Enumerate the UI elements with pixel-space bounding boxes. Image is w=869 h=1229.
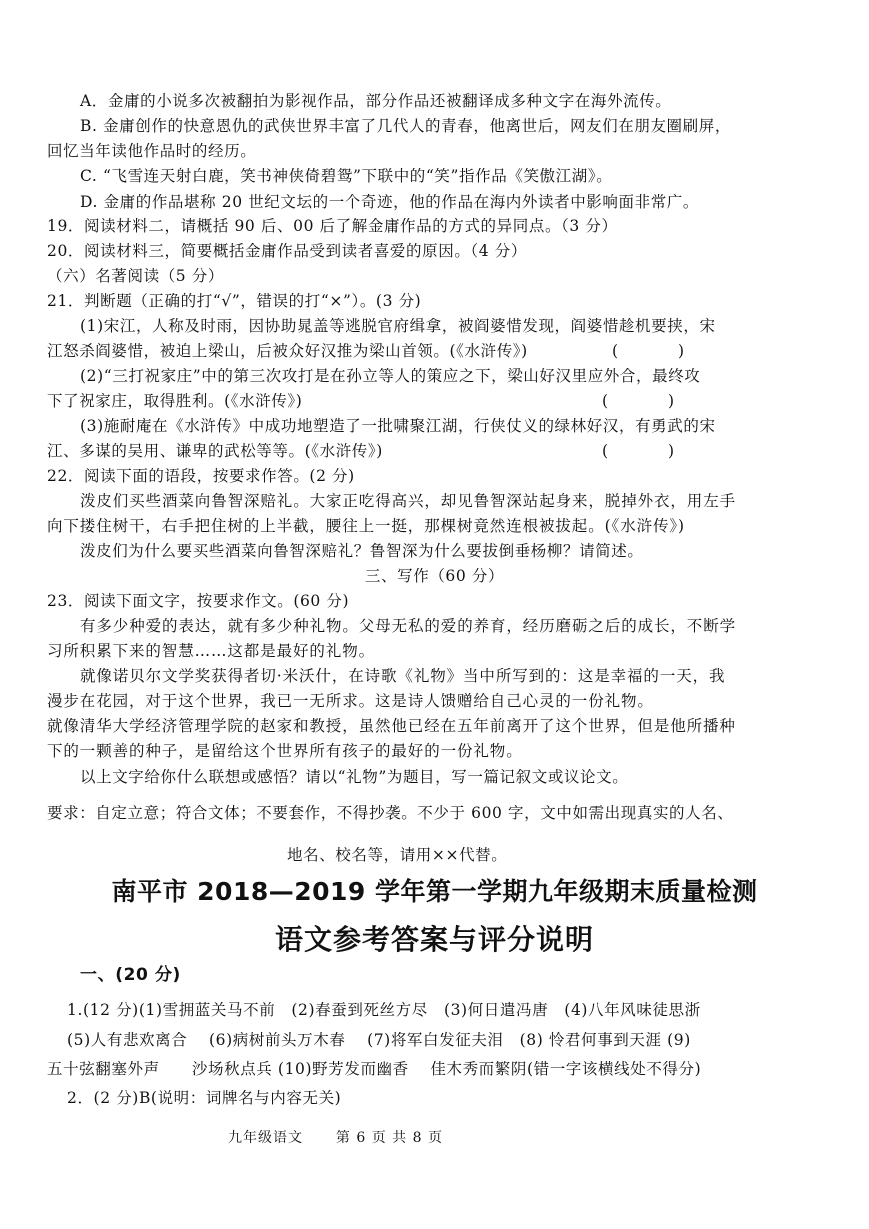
q23-para2-line2: 漫步在花园，对于这个世界，我已一无所求。这是诗人馈赠给自己心灵的一份礼物。 <box>47 691 654 711</box>
q21-item1-line2: 江怒杀阎婆惜，被迫上梁山，后被众好汉推为梁山首领。(《水浒传》) <box>47 341 528 361</box>
answer-2: 2．(2 分)B(说明：词牌名与内容无关) <box>67 1088 341 1108</box>
option-b-line1: B. 金庸创作的快意恩仇的武侠世界丰富了几代人的青春，他离世后，网友们在朋友圈刷… <box>80 116 731 136</box>
q23-para1-line2: 习所积累下来的智慧……这都是最好的礼物。 <box>47 641 375 661</box>
option-d: D. 金庸的作品堪称 20 世纪文坛的一个奇迹，他的作品在海内外读者中影响面非常… <box>80 192 699 212</box>
option-c: C. “飞雪连天射白鹿，笑书神侠倚碧鸳”下联中的“笑”指作品《笑傲江湖》。 <box>80 166 612 186</box>
answer-blank-open: ( <box>602 441 608 461</box>
q22-passage-line2: 向下搂住树干，右手把住树的上半截，腰往上一挺，那棵树竟然连根被拔起。(《水浒传》… <box>47 516 685 536</box>
q23-para3-line1: 就像清华大学经济管理学院的赵家和教授，虽然他已经在五年前离开了这个世界，但是他所… <box>47 716 736 736</box>
footer-page-info: 第 6 页 共 8 页 <box>336 1130 443 1146</box>
option-b-line2: 回忆当年读他作品时的经历。 <box>47 141 256 161</box>
answer-section-1-heading: 一、(20 分) <box>80 965 181 985</box>
answer-blank-close: ) <box>678 341 684 361</box>
question-20: 20．阅读材料三，简要概括金庸作品受到读者喜爱的原因。（4 分） <box>47 241 527 261</box>
answer-key-subtitle: 语文参考答案与评分说明 <box>0 918 869 958</box>
section-6-heading: （六）名著阅读（5 分） <box>47 266 224 286</box>
option-a: A．金庸的小说多次被翻拍为影视作品，部分作品还被翻译成多种文字在海外流传。 <box>80 91 671 111</box>
q23-prompt: 以上文字给你什么联想或感悟？请以“礼物”为题目，写一篇记叙文或议论文。 <box>80 767 628 787</box>
q23-para1-line1: 有多少种爱的表达，就有多少种礼物。父母无私的爱的养育，经历磨砺之后的成长，不断学 <box>80 616 736 636</box>
answer-1-line2: (5)人有悲欢离合 (6)病树前头万木春 (7)将军白发征夫泪 (8) 怜君何事… <box>67 1030 691 1050</box>
question-19: 19．阅读材料二，请概括 90 后、00 后了解金庸作品的方式的异同点。（3 分… <box>47 216 618 236</box>
answer-blank-close: ) <box>668 441 674 461</box>
question-22: 22．阅读下面的语段，按要求作答。(2 分) <box>47 466 355 486</box>
q22-passage-line1: 泼皮们买些酒菜向鲁智深赔礼。大家正吃得高兴，却见鲁智深站起身来，脱掉外衣，用左手 <box>80 491 736 511</box>
section-3-heading: 三、写作（60 分） <box>0 566 869 586</box>
q23-para3-line2: 下的一颗善的种子，是留给这个世界所有孩子的最好的一份礼物。 <box>47 741 523 761</box>
answer-1-line3: 五十弦翻塞外声 沙场秋点兵 (10)野芳发而幽香 佳木秀而繁阴(错一字该横线处不… <box>47 1059 701 1079</box>
page-footer: 九年级语文 第 6 页 共 8 页 <box>228 1127 443 1147</box>
q21-item2-line2: 下了祝家庄，取得胜利。(《水浒传》) <box>47 391 302 411</box>
q21-item2-line1: (2)“三打祝家庄”中的第三次攻打是在孙立等人的策应之下，梁山好汉里应外合，最终… <box>80 366 700 386</box>
q21-item1-line1: (1)宋江，人称及时雨，因协助晁盖等逃脱官府缉拿，被阎婆惜发现，阎婆惜趁机要挟，… <box>80 316 716 336</box>
q23-requirements-line1: 要求：自定立意；符合文体；不要套作，不得抄袭。不少于 600 字，文中如需出现真… <box>47 803 733 823</box>
answer-blank-open: ( <box>602 391 608 411</box>
q22-prompt: 泼皮们为什么要买些酒菜向鲁智深赔礼？鲁智深为什么要拔倒垂杨柳？请简述。 <box>80 541 644 561</box>
question-21: 21．判断题（正确的打“√”，错误的打“×”）。(3 分) <box>47 291 421 311</box>
answer-blank-open: ( <box>612 341 618 361</box>
q21-item3-line2: 江、多谋的吴用、谦卑的武松等等。(《水浒传》) <box>47 441 383 461</box>
answer-blank-close: ) <box>668 391 674 411</box>
q23-para2-line1: 就像诺贝尔文学奖获得者切·米沃什，在诗歌《礼物》当中所写到的：这是幸福的一天，我 <box>80 666 725 686</box>
footer-subject: 九年级语文 <box>228 1130 303 1146</box>
question-23: 23．阅读下面文字，按要求作文。(60 分) <box>47 591 349 611</box>
answer-1-line1: 1.(12 分)(1)雪拥蓝关马不前 (2)春蚕到死丝方尽 (3)何日遣冯唐 (… <box>67 1000 701 1020</box>
q23-requirements-line2: 地名、校名等，请用××代替。 <box>287 845 507 865</box>
answer-key-title: 南平市 2018—2019 学年第一学期九年级期末质量检测 <box>0 872 869 908</box>
q21-item3-line1: (3)施耐庵在《水浒传》中成功地塑造了一批啸聚江湖，行侠仗义的绿林好汉，有勇武的… <box>80 416 716 436</box>
